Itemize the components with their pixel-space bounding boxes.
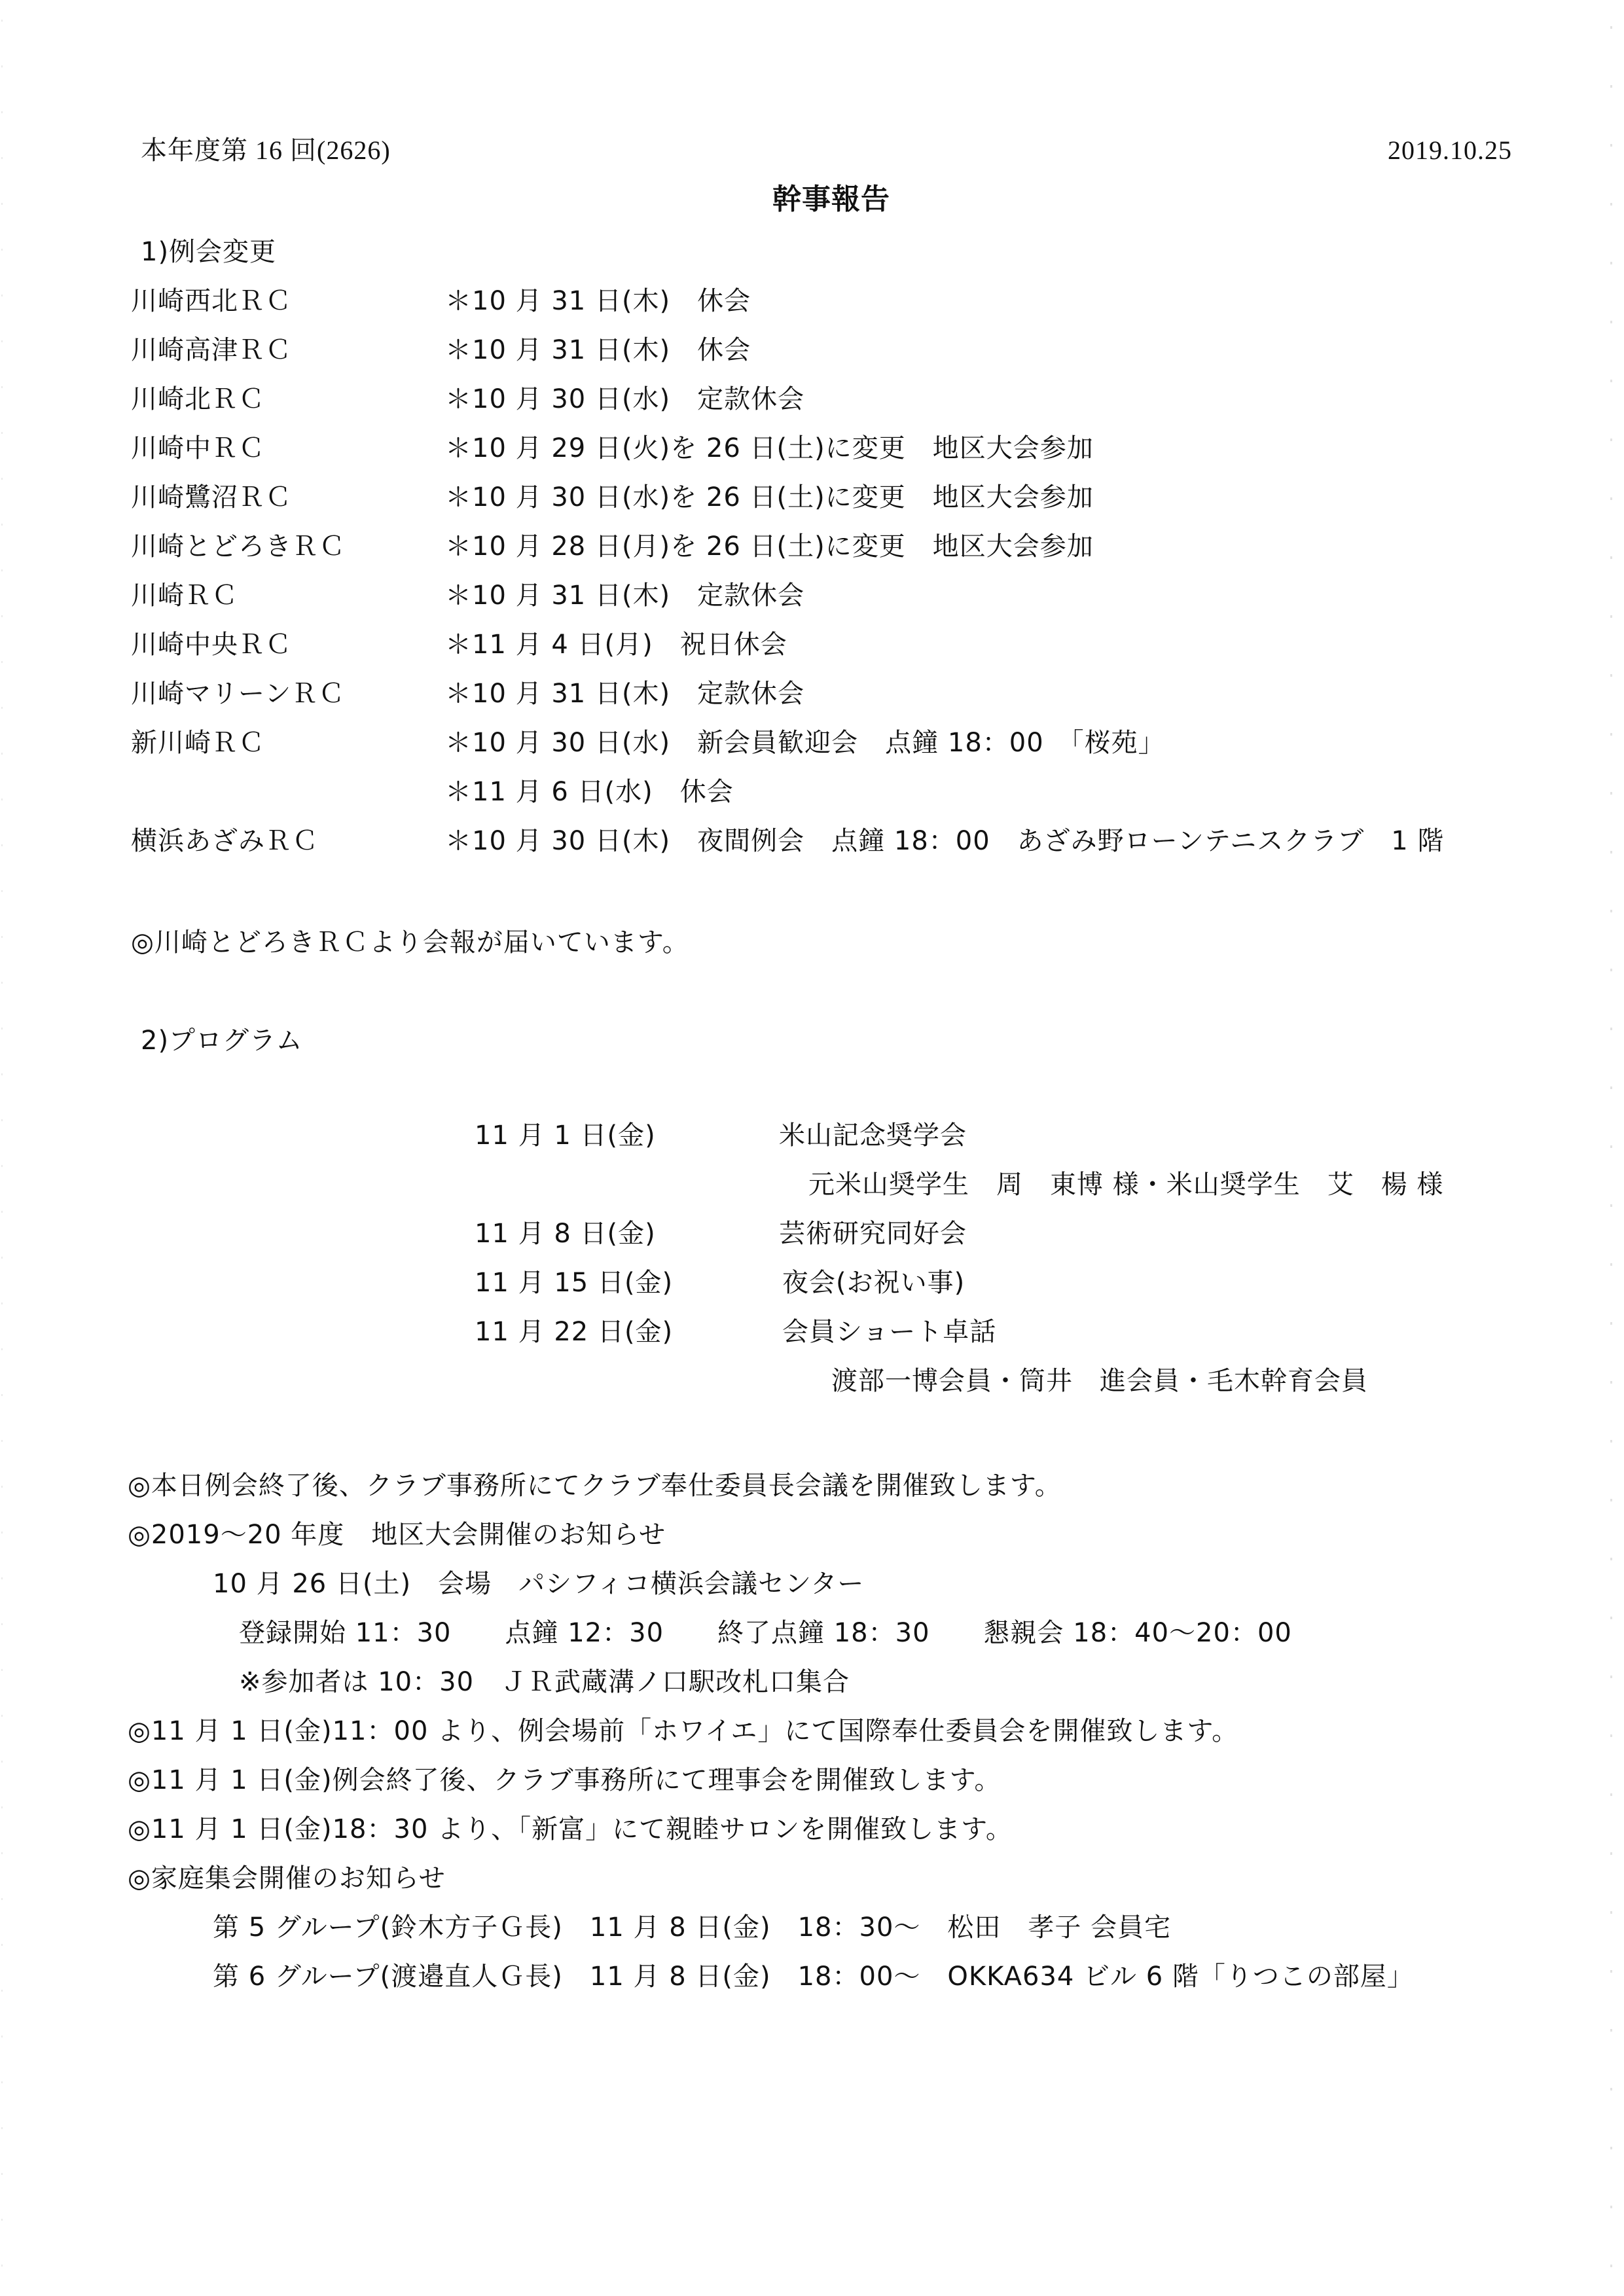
change-detail: ＊10 月 30 日(水)を 26 日(土)に変更 地区大会参加 <box>445 481 1094 514</box>
change-detail: ＊10 月 28 日(月)を 26 日(土)に変更 地区大会参加 <box>445 530 1094 563</box>
notice-item: ◎11 月 1 日(金)例会終了後、クラブ事務所にて理事会を開催致します。 <box>128 1764 1001 1797</box>
change-detail: ＊10 月 30 日(水) 新会員歓迎会 点鐘 18：00 「桜苑」 <box>445 726 1165 759</box>
scan-artifact-left <box>1 0 3 2296</box>
report-date: 2019.10.25 <box>1388 134 1512 167</box>
club-name: 川崎北ＲＣ <box>131 383 265 416</box>
change-detail: ＊10 月 30 日(木) 夜間例会 点鐘 18：00 あざみ野ローンテニスクラ… <box>445 825 1444 857</box>
change-detail: ＊10 月 31 日(木) 休会 <box>445 334 751 367</box>
program-content: 渡部一博会員・筒井 進会員・毛木幹育会員 <box>831 1365 1368 1397</box>
notice-item: ◎2019～20 年度 地区大会開催のお知らせ <box>128 1518 666 1551</box>
club-name: 川崎ＲＣ <box>131 579 238 612</box>
program-content: 元米山奨学生 周 東博 様・米山奨学生 艾 楊 様 <box>808 1168 1443 1201</box>
club-name: 川崎中央ＲＣ <box>131 628 292 661</box>
club-name: 新川崎ＲＣ <box>131 726 265 759</box>
program-date: 11 月 1 日(金) <box>475 1119 656 1152</box>
club-name: 川崎とどろきＲＣ <box>131 530 346 563</box>
club-name: 川崎高津ＲＣ <box>131 334 292 367</box>
club-name: 川崎西北ＲＣ <box>131 285 292 317</box>
change-detail: ＊10 月 29 日(火)を 26 日(土)に変更 地区大会参加 <box>445 432 1094 465</box>
change-detail: ＊10 月 31 日(木) 定款休会 <box>445 677 804 710</box>
notice-subitem: 第 6 グループ(渡邉直人Ｇ長) 11 月 8 日(金) 18：00～ OKKA… <box>213 1960 1414 1993</box>
section-heading-meeting-changes: 1)例会変更 <box>141 236 276 268</box>
bulletin-note: ◎川崎とどろきＲＣより会報が届いています。 <box>131 926 689 959</box>
issue-number: 本年度第 16 回(2626) <box>141 134 391 167</box>
notice-subitem: 10 月 26 日(土) 会場 パシフィコ横浜会議センター <box>213 1568 864 1600</box>
program-content: 米山記念奨学会 <box>779 1119 967 1152</box>
change-detail: ＊11 月 4 日(月) 祝日休会 <box>445 628 787 661</box>
notice-item: ◎11 月 1 日(金)18：30 より、「新富」にて親睦サロンを開催致します。 <box>128 1813 1013 1846</box>
program-content: 夜会(お祝い事) <box>782 1266 965 1299</box>
notice-item: ◎本日例会終了後、クラブ事務所にてクラブ奉仕委員長会議を開催致します。 <box>128 1469 1062 1502</box>
notice-item: ◎11 月 1 日(金)11：00 より、例会場前「ホワイエ」にて国際奉仕委員会… <box>128 1715 1238 1748</box>
notice-subitem: 登録開始 11：30 点鐘 12：30 終了点鐘 18：30 懇親会 18：40… <box>239 1617 1292 1649</box>
club-name: 川崎マリーンＲＣ <box>131 677 345 710</box>
change-detail: ＊10 月 31 日(木) 休会 <box>445 285 751 317</box>
section-heading-program: 2)プログラム <box>141 1024 303 1057</box>
page-title: 幹事報告 <box>772 183 890 216</box>
notice-subitem: 第 5 グループ(鈴木方子Ｇ長) 11 月 8 日(金) 18：30～ 松田 孝… <box>213 1911 1171 1944</box>
notice-subitem: ※参加者は 10：30 ＪＲ武蔵溝ノ口駅改札口集合 <box>239 1666 850 1698</box>
program-date: 11 月 8 日(金) <box>475 1217 656 1250</box>
club-name: 川崎鷺沼ＲＣ <box>131 481 292 514</box>
notice-item: ◎家庭集会開催のお知らせ <box>128 1862 446 1895</box>
program-date: 11 月 15 日(金) <box>475 1266 673 1299</box>
change-detail: ＊10 月 30 日(水) 定款休会 <box>445 383 804 416</box>
program-date: 11 月 22 日(金) <box>475 1316 673 1348</box>
program-content: 芸術研究同好会 <box>779 1217 967 1250</box>
program-content: 会員ショート卓話 <box>782 1316 996 1348</box>
change-detail: ＊11 月 6 日(水) 休会 <box>445 776 734 808</box>
club-name: 横浜あざみＲＣ <box>131 825 319 857</box>
club-name: 川崎中ＲＣ <box>131 432 265 465</box>
change-detail: ＊10 月 31 日(木) 定款休会 <box>445 579 804 612</box>
scan-artifact-right <box>1610 0 1612 2296</box>
